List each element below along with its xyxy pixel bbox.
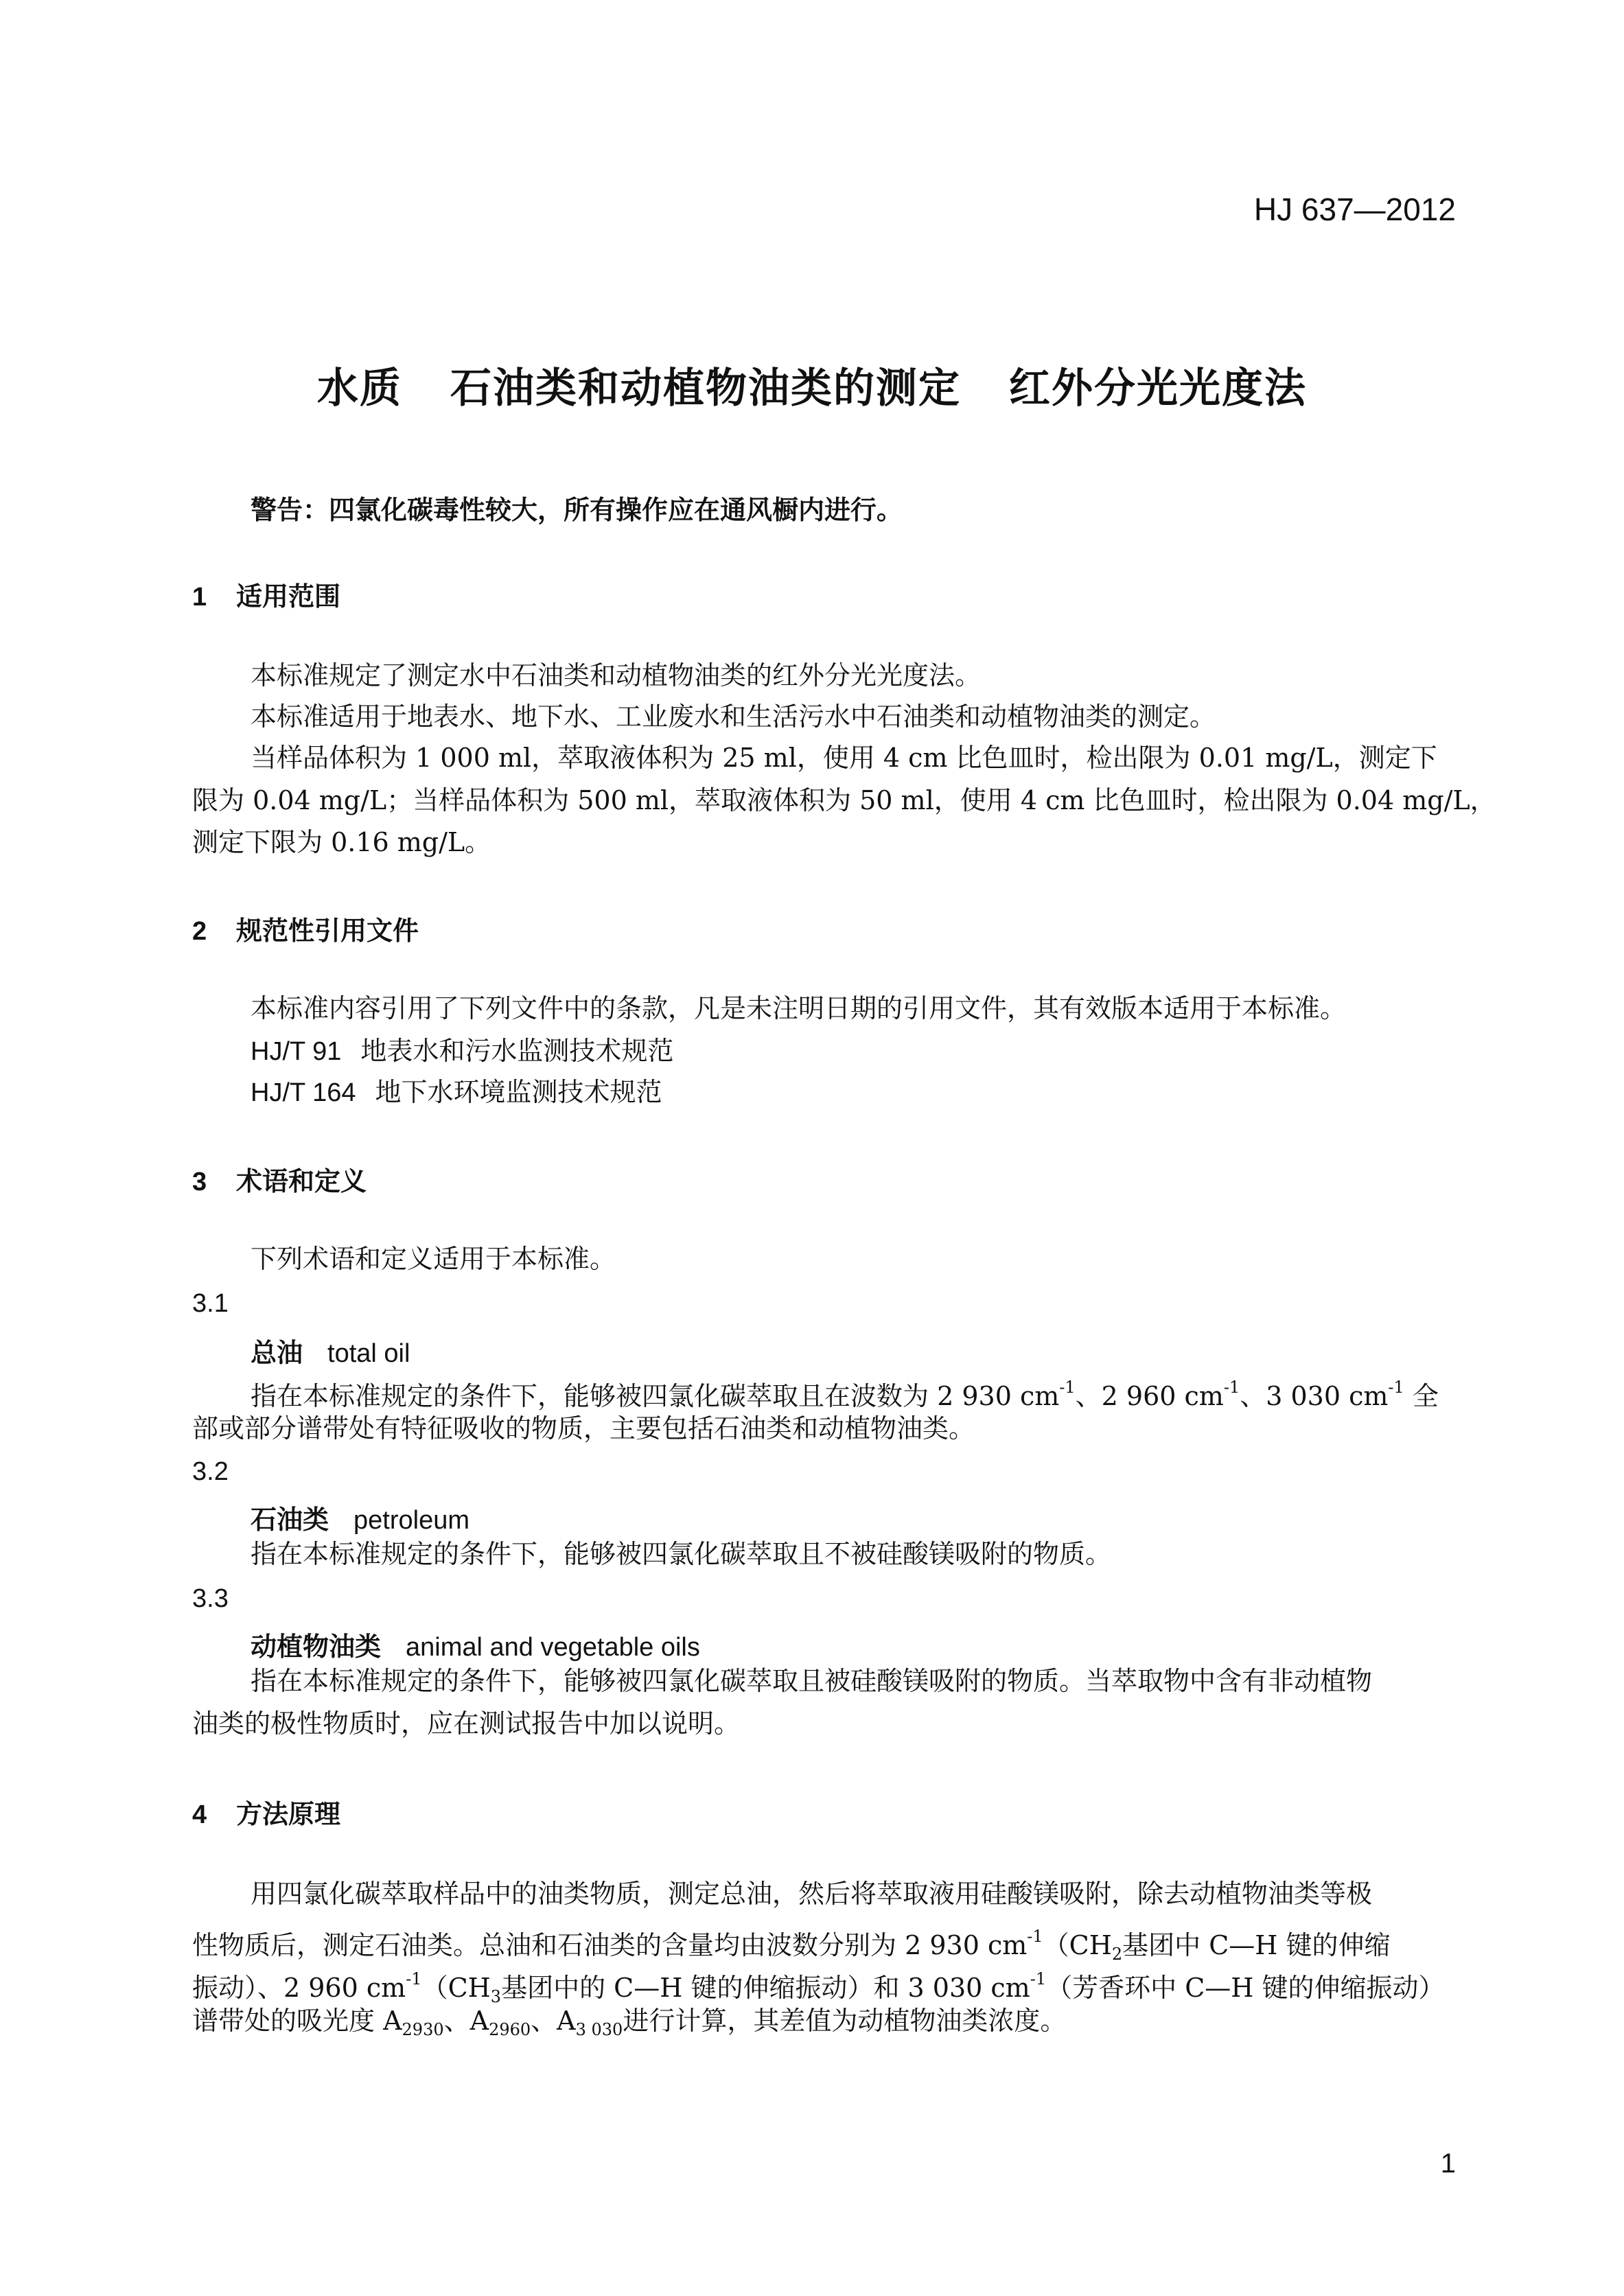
paragraph: 本标准规定了测定水中石油类和动植物油类的红外分光光度法。 bbox=[251, 654, 981, 697]
page-number: 1 bbox=[1441, 2148, 1456, 2179]
paragraph: 本标准内容引用了下列文件中的条款，凡是未注明日期的引用文件，其有效版本适用于本标… bbox=[251, 987, 1346, 1030]
reference-code: HJ/T 164 bbox=[251, 1071, 356, 1115]
section-title: 规范性引用文件 bbox=[236, 917, 419, 946]
title-part-1: 水质 bbox=[317, 356, 402, 415]
subscript: 2930 bbox=[402, 2020, 444, 2039]
reference-item: HJ/T 164地下水环境监测技术规范 bbox=[251, 1071, 662, 1115]
title-part-2: 石油类和动植物油类的测定 bbox=[450, 356, 961, 415]
term-heading: 石油类petroleum bbox=[251, 1498, 469, 1536]
section-1-heading: 1适用范围 bbox=[192, 575, 340, 613]
paragraph: 测定下限为 0.16 mg/L。 bbox=[192, 821, 1448, 864]
section-title: 方法原理 bbox=[236, 1800, 340, 1829]
term-cn: 动植物油类 bbox=[251, 1633, 381, 1662]
paragraph: 下列术语和定义适用于本标准。 bbox=[251, 1238, 616, 1281]
section-2-heading: 2规范性引用文件 bbox=[192, 909, 419, 947]
term-cn: 石油类 bbox=[251, 1506, 329, 1535]
text-run: 进行计算，其差值为动植物油类浓度。 bbox=[623, 2006, 1066, 2036]
text-run: 谱带处的吸光度 A bbox=[192, 2006, 402, 2036]
section-number: 2 bbox=[192, 917, 236, 947]
section-title: 适用范围 bbox=[236, 583, 340, 612]
superscript: -1 bbox=[1224, 1378, 1240, 1397]
term-heading: 动植物油类animal and vegetable oils bbox=[251, 1625, 700, 1663]
section-3-heading: 3术语和定义 bbox=[192, 1160, 367, 1198]
paragraph: 谱带处的吸光度 A2930、A2960、A3 030进行计算，其差值为动植物油类… bbox=[192, 1999, 1448, 2052]
term-definition: 指在本标准规定的条件下，能够被四氯化碳萃取且不被硅酸镁吸附的物质。 bbox=[251, 1533, 1111, 1576]
clause-number: 3.1 bbox=[192, 1289, 229, 1319]
reference-title: 地下水环境监测技术规范 bbox=[375, 1077, 662, 1107]
warning-text: 警告：四氯化碳毒性较大，所有操作应在通风橱内进行。 bbox=[251, 489, 903, 526]
section-number: 3 bbox=[192, 1168, 236, 1197]
text-run: （CH bbox=[1043, 1930, 1112, 1960]
superscript: -1 bbox=[1388, 1378, 1404, 1397]
term-en: petroleum bbox=[353, 1506, 469, 1535]
paragraph: 当样品体积为 1 000 ml，萃取液体积为 25 ml，使用 4 cm 比色皿… bbox=[251, 737, 1437, 780]
subscript: 3 030 bbox=[576, 2020, 623, 2039]
section-title: 术语和定义 bbox=[236, 1168, 367, 1196]
superscript: -1 bbox=[1027, 1927, 1043, 1946]
clause-number: 3.3 bbox=[192, 1584, 229, 1614]
term-definition: 油类的极性物质时，应在测试报告中加以说明。 bbox=[192, 1702, 1448, 1746]
section-4-heading: 4方法原理 bbox=[192, 1793, 340, 1831]
text-run: 、A bbox=[531, 2006, 575, 2036]
standard-code: HJ 637—2012 bbox=[1254, 191, 1456, 228]
reference-code: HJ/T 91 bbox=[251, 1030, 341, 1074]
superscript: -1 bbox=[1059, 1378, 1075, 1397]
reference-item: HJ/T 91地表水和污水监测技术规范 bbox=[251, 1030, 673, 1074]
term-definition: 指在本标准规定的条件下，能够被四氯化碳萃取且被硅酸镁吸附的物质。当萃取物中含有非… bbox=[251, 1660, 1372, 1703]
text-run: 基团中 C—H 键的伸缩 bbox=[1122, 1930, 1390, 1960]
text-run: （CH bbox=[422, 1973, 491, 2003]
term-en: animal and vegetable oils bbox=[406, 1633, 700, 1662]
superscript: -1 bbox=[406, 1969, 421, 1988]
paragraph: 限为 0.04 mg/L；当样品体积为 500 ml，萃取液体积为 50 ml，… bbox=[192, 779, 1448, 822]
reference-title: 地表水和污水监测技术规范 bbox=[360, 1036, 673, 1066]
clause-number: 3.2 bbox=[192, 1457, 229, 1487]
text-run: 性物质后，测定石油类。总油和石油类的含量均由波数分别为 2 930 cm bbox=[192, 1930, 1027, 1960]
paragraph: 用四氯化碳萃取样品中的油类物质，测定总油，然后将萃取液用硅酸镁吸附，除去动植物油… bbox=[251, 1872, 1372, 1916]
term-cn: 总油 bbox=[251, 1339, 303, 1368]
subscript: 2960 bbox=[489, 2020, 531, 2039]
text-run: （芳香环中 C—H 键的伸缩振动） bbox=[1046, 1973, 1444, 2003]
text-run: 振动）、2 960 cm bbox=[192, 1973, 406, 2003]
section-number: 1 bbox=[192, 583, 236, 612]
paragraph: 本标准适用于地表水、地下水、工业废水和生活污水中石油类和动植物油类的测定。 bbox=[251, 695, 1216, 739]
section-number: 4 bbox=[192, 1800, 236, 1830]
term-en: total oil bbox=[327, 1339, 410, 1368]
text-run: 、A bbox=[444, 2006, 489, 2036]
title-part-3: 红外分光光度法 bbox=[1009, 356, 1307, 415]
document-title: 水质石油类和动植物油类的测定红外分光光度法 bbox=[0, 356, 1624, 415]
term-definition: 部或部分谱带处有特征吸收的物质，主要包括石油类和动植物油类。 bbox=[192, 1407, 1448, 1450]
term-heading: 总油total oil bbox=[251, 1332, 410, 1369]
text-run: 基团中的 C—H 键的伸缩振动）和 3 030 cm bbox=[501, 1973, 1030, 2003]
superscript: -1 bbox=[1030, 1969, 1046, 1988]
